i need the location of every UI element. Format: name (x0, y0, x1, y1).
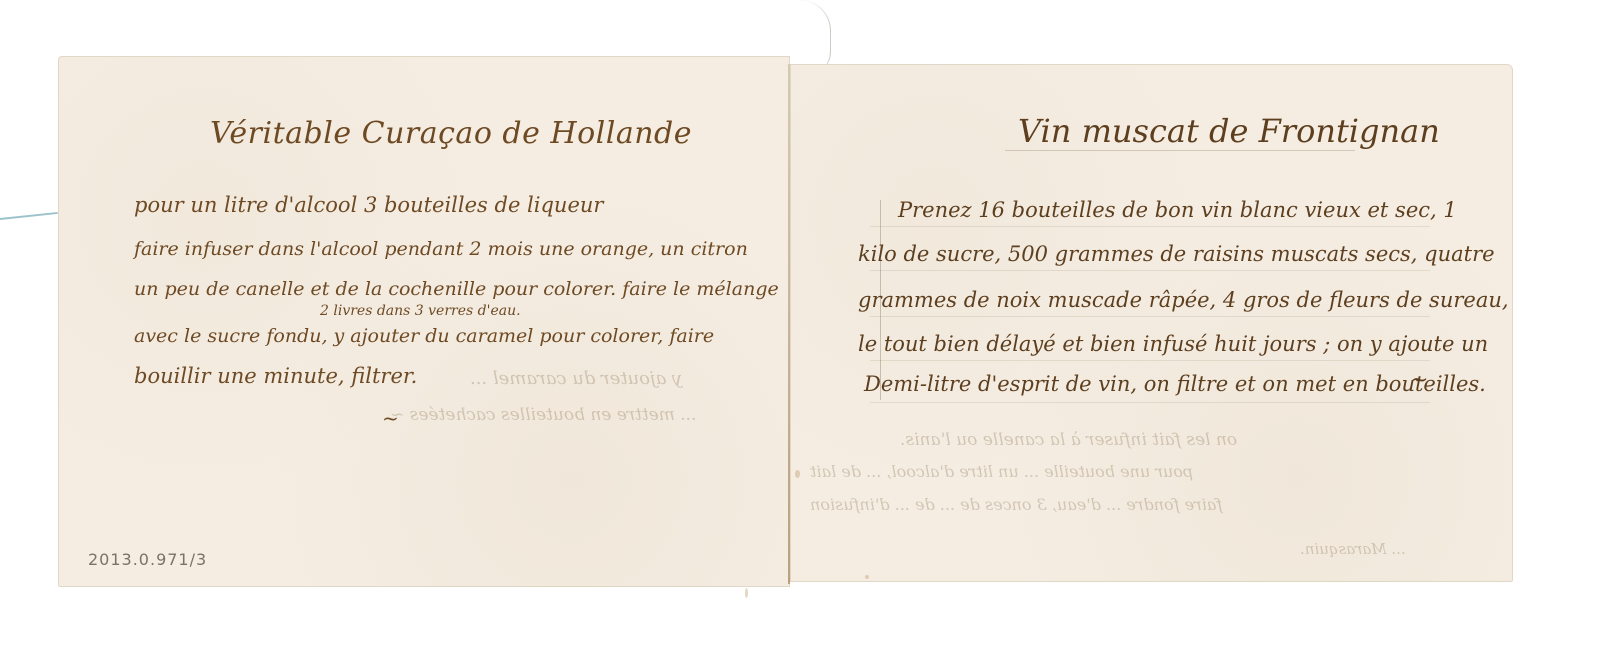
left-end-mark: ~ (382, 406, 399, 430)
page-fold (788, 64, 790, 584)
left-line: un peu de canelle et de la cochenille po… (134, 278, 779, 300)
right-bleed-through-line: on les fait infuser à la canelle ou l'an… (900, 430, 1237, 450)
left-line-insertion: 2 livres dans 3 verres d'eau. (320, 303, 521, 319)
left-bleed-through-line: ... mettre en bouteilles cachetées ~ (390, 405, 696, 425)
left-bleed-through-line: y ajouter du caramel ... (470, 368, 682, 389)
paper-tear-mark (745, 588, 748, 598)
left-line: pour un litre d'alcool 3 bouteilles de l… (134, 193, 603, 217)
ruled-line (870, 402, 1430, 403)
ruled-line (870, 270, 1430, 271)
blue-thread (0, 212, 58, 220)
right-bleed-through-line: faire fondre ... d'eau, 3 onces de ... d… (810, 495, 1222, 514)
right-page-title: Vin muscat de Frontignan (1018, 112, 1440, 150)
right-line: Demi-litre d'esprit de vin, on filtre et… (864, 372, 1486, 396)
right-line: le tout bien délayé et bien infusé huit … (858, 332, 1488, 356)
right-line: kilo de sucre, 500 grammes de raisins mu… (858, 242, 1495, 266)
right-line: Prenez 16 bouteilles de bon vin blanc vi… (898, 198, 1457, 222)
left-line: faire infuser dans l'alcool pendant 2 mo… (134, 238, 748, 260)
left-line: avec le sucre fondu, y ajouter du carame… (134, 325, 714, 347)
ruled-line (870, 360, 1430, 361)
right-bleed-through-line: pour une bouteille ... un litre d'alcool… (810, 462, 1193, 481)
paper-stain (865, 575, 869, 579)
left-line: bouillir une minute, filtrer. (134, 364, 417, 388)
right-bleed-through-line: ... Marasquin. (1300, 540, 1406, 558)
accession-number: 2013.0.971/3 (88, 550, 207, 569)
title-underline (1005, 150, 1355, 151)
ruled-line (870, 316, 1430, 317)
left-page-title: Véritable Curaçao de Hollande (210, 116, 692, 151)
right-line: grammes de noix muscade râpée, 4 gros de… (858, 288, 1509, 312)
ruled-line (870, 226, 1430, 227)
paper-stain (795, 470, 800, 478)
right-end-mark: ~ (1410, 368, 1428, 393)
